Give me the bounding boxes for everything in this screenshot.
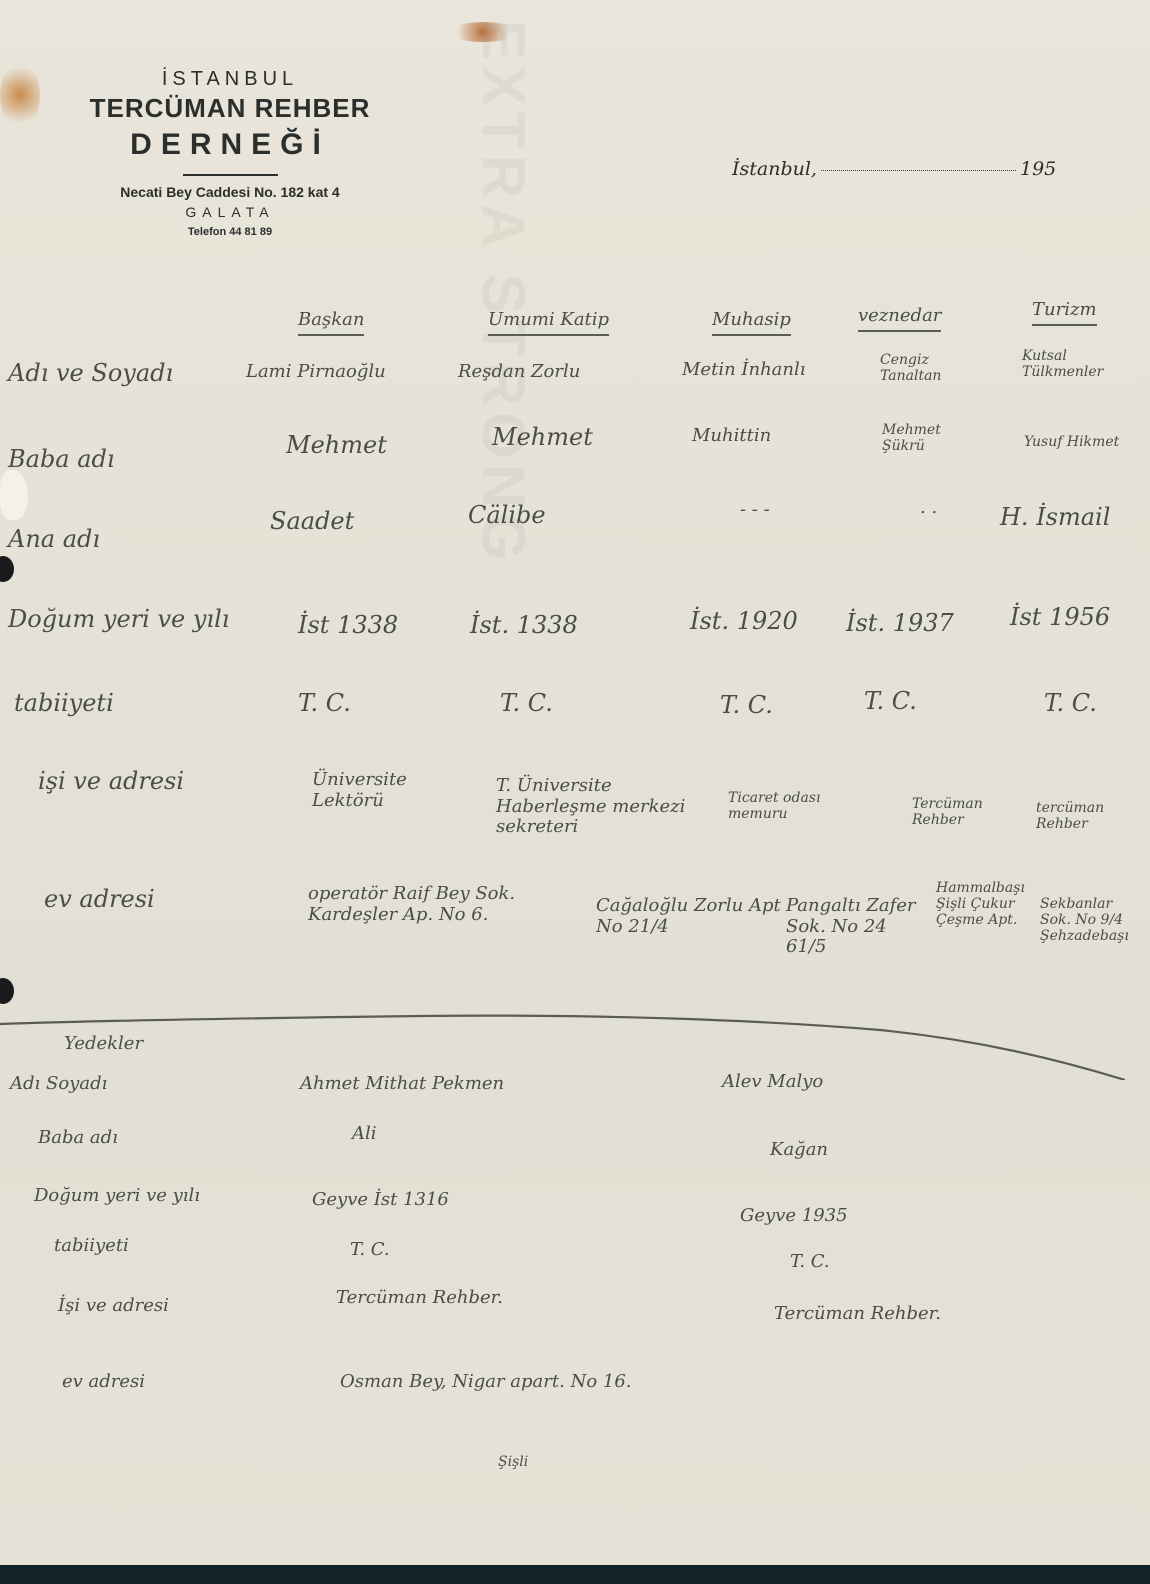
cell-birth: İst 1338 bbox=[298, 612, 398, 640]
sub-row-label: tabiiyeti bbox=[54, 1236, 129, 1257]
cell-mother: Saadet bbox=[270, 508, 354, 536]
cell-birth: İst. 1920 bbox=[690, 608, 798, 636]
letterhead-org-line1: TERCÜMAN REHBER bbox=[40, 93, 420, 124]
cell-name: Metin İnhanlı bbox=[682, 360, 806, 381]
sub-row-label: Doğum yeri ve yılı bbox=[34, 1186, 200, 1207]
substitutes-heading: Yedekler bbox=[64, 1034, 143, 1055]
column-header-veznedar: veznedar bbox=[858, 306, 941, 332]
punch-hole bbox=[0, 978, 14, 1004]
letterhead-address: Necati Bey Caddesi No. 182 kat 4 bbox=[40, 184, 420, 200]
sub2-occupation: Tercüman Rehber. bbox=[774, 1304, 941, 1325]
sub-row-label: İşi ve adresi bbox=[58, 1296, 169, 1317]
letterhead-org-line2: DERNEĞİ bbox=[40, 128, 420, 162]
cell-occupation: Ticaret odası memuru bbox=[728, 790, 878, 822]
sub1-address-note: Şişli bbox=[498, 1454, 528, 1470]
row-label-ana-adi: Ana adı bbox=[8, 526, 100, 554]
cell-home-address: Hammalbaşı Şişli Çukur Çeşme Apt. bbox=[936, 880, 1026, 928]
dateline-place: İstanbul, bbox=[732, 158, 817, 180]
letterhead-phone: Telefon 44 81 89 bbox=[40, 226, 420, 238]
sub-row-label: Baba adı bbox=[38, 1128, 118, 1149]
cell-occupation: T. Üniversite Haberleşme merkezi sekrete… bbox=[496, 776, 716, 838]
punch-hole bbox=[0, 556, 14, 582]
sub1-home-address: Osman Bey, Nigar apart. No 16. bbox=[340, 1372, 640, 1393]
letterhead-city: İSTANBUL bbox=[40, 68, 420, 91]
cell-occupation: tercüman Rehber bbox=[1036, 800, 1136, 832]
cell-mother: H. İsmail bbox=[1000, 504, 1110, 532]
scanner-edge bbox=[0, 1565, 1150, 1584]
cell-father: Yusuf Hikmet bbox=[1024, 434, 1134, 450]
cell-name: Reşdan Zorlu bbox=[458, 362, 580, 383]
cell-citizenship: T. C. bbox=[500, 690, 553, 718]
cell-occupation: Üniversite Lektörü bbox=[312, 770, 462, 811]
cell-name: Cengiz Tanaltan bbox=[880, 352, 990, 384]
cell-mother: . . bbox=[920, 498, 937, 519]
sub1-father: Ali bbox=[352, 1124, 377, 1145]
row-label-adi-soyadi: Adı ve Soyadı bbox=[8, 360, 173, 388]
divider-line bbox=[0, 1010, 1125, 1080]
letterhead-district: GALATA bbox=[40, 204, 420, 220]
sub-row-label: Adı Soyadı bbox=[10, 1074, 107, 1095]
row-label-dogum: Doğum yeri ve yılı bbox=[8, 606, 229, 634]
cell-name: Kutsal Tülkmenler bbox=[1022, 348, 1132, 380]
sub2-citizenship: T. C. bbox=[790, 1252, 830, 1273]
cell-birth: İst. 1338 bbox=[470, 612, 578, 640]
sub2-father: Kağan bbox=[770, 1140, 828, 1161]
column-header-turizm: Turizm bbox=[1032, 300, 1097, 326]
cell-birth: İst. 1937 bbox=[846, 610, 954, 638]
sub-row-label: ev adresi bbox=[62, 1372, 145, 1393]
letterhead: İSTANBUL TERCÜMAN REHBER DERNEĞİ Necati … bbox=[40, 60, 420, 238]
column-header-umumi-katip: Umumi Katip bbox=[488, 310, 609, 336]
cell-mother: - - - bbox=[740, 500, 770, 521]
cell-father: Muhittin bbox=[692, 426, 771, 447]
torn-edge bbox=[0, 470, 28, 520]
cell-occupation: Tercüman Rehber bbox=[912, 796, 1002, 828]
row-label-baba-adi: Baba adı bbox=[8, 446, 115, 474]
sub1-name: Ahmet Mithat Pekmen bbox=[300, 1074, 504, 1095]
dateline: İstanbul,195 bbox=[732, 158, 1056, 180]
row-label-tabiiyeti: tabiiyeti bbox=[14, 690, 114, 718]
cell-home-address: Cağaloğlu Zorlu Apt No 21/4 bbox=[596, 896, 796, 937]
dateline-blank bbox=[821, 170, 1016, 171]
row-label-isi-adresi: işi ve adresi bbox=[38, 768, 184, 796]
rust-stain bbox=[0, 60, 40, 130]
cell-citizenship: T. C. bbox=[864, 688, 917, 716]
cell-father: Mehmet Şükrü bbox=[882, 422, 962, 454]
cell-mother: Cälibe bbox=[468, 502, 546, 530]
cell-home-address: operatör Raif Bey Sok. Kardeşler Ap. No … bbox=[308, 884, 608, 925]
sub1-citizenship: T. C. bbox=[350, 1240, 390, 1261]
cell-father: Mehmet bbox=[286, 432, 387, 460]
sub1-occupation: Tercüman Rehber. bbox=[336, 1288, 503, 1309]
sub1-birth: Geyve İst 1316 bbox=[312, 1190, 449, 1211]
cell-home-address: Sekbanlar Sok. No 9/4 Şehzadebaşı bbox=[1040, 896, 1140, 944]
letterhead-rule bbox=[183, 174, 278, 176]
dateline-year: 195 bbox=[1020, 158, 1056, 180]
cell-name: Lami Pirnaoğlu bbox=[246, 362, 386, 383]
cell-citizenship: T. C. bbox=[1044, 690, 1097, 718]
cell-home-address: Pangaltı Zafer Sok. No 24 61/5 bbox=[786, 896, 916, 958]
row-label-ev-adresi: ev adresi bbox=[44, 886, 155, 914]
cell-birth: İst 1956 bbox=[1010, 604, 1110, 632]
cell-father: Mehmet bbox=[492, 424, 593, 452]
column-header-baskan: Başkan bbox=[298, 310, 364, 336]
cell-citizenship: T. C. bbox=[720, 692, 773, 720]
sub2-birth: Geyve 1935 bbox=[740, 1206, 848, 1227]
column-header-muhasip: Muhasip bbox=[712, 310, 791, 336]
document-page: EXTRA STRONG İSTANBUL TERCÜMAN REHBER DE… bbox=[0, 0, 1150, 1565]
cell-citizenship: T. C. bbox=[298, 690, 351, 718]
sub2-name: Alev Malyo bbox=[722, 1072, 823, 1093]
